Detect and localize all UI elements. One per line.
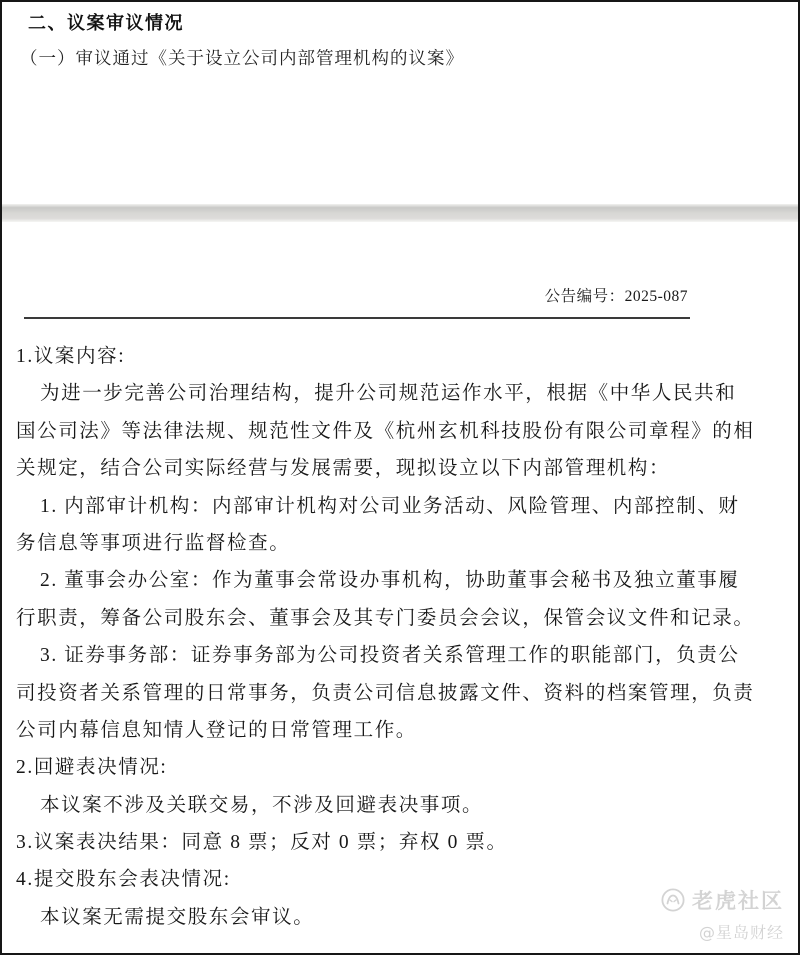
body-heading: 4.提交股东会表决情况: [16, 861, 754, 898]
page-2: 公告编号：2025-087 1.议案内容:为进一步完善公司治理结构，提升公司规范… [2, 287, 798, 936]
body-line: 本议案不涉及关联交易，不涉及回避表决事项。 [16, 787, 754, 824]
body-line: 2. 董事会办公室：作为董事会常设办事机构，协助董事会秘书及独立董事履 [16, 562, 754, 599]
header-rule [24, 317, 690, 319]
body-heading: 3.议案表决结果：同意 8 票；反对 0 票；弃权 0 票。 [16, 824, 754, 861]
page-separator [2, 204, 798, 222]
watermark: 老虎社区 @星岛财经 [661, 885, 784, 943]
body-line: 本议案无需提交股东会审议。 [16, 899, 754, 936]
body-line: 国公司法》等法律法规、规范性文件及《杭州玄机科技股份有限公司章程》的相 [16, 413, 754, 450]
announcement-number: 公告编号：2025-087 [2, 287, 798, 307]
body-line: 关规定，结合公司实际经营与发展需要，现拟设立以下内部管理机构： [16, 450, 754, 487]
subsection-title: （一）审议通过《关于设立公司内部管理机构的议案》 [20, 47, 772, 70]
section-title: 二、议案审议情况 [28, 13, 772, 34]
body-line: 行职责，筹备公司股东会、董事会及其专门委员会会议，保管会议文件和记录。 [16, 600, 754, 637]
body-line: 务信息等事项进行监督检查。 [16, 525, 754, 562]
body-heading: 2.回避表决情况: [16, 749, 754, 786]
body-line: 司投资者关系管理的日常事务，负责公司信息披露文件、资料的档案管理，负责 [16, 675, 754, 712]
watermark-account: @星岛财经 [661, 920, 784, 943]
body-heading: 1.议案内容: [16, 338, 754, 375]
body-line: 3. 证券事务部：证券事务部为公司投资者关系管理工作的职能部门，负责公 [16, 637, 754, 674]
body-line: 公司内幕信息知情人登记的日常管理工作。 [16, 712, 754, 749]
body-line: 1. 内部审计机构：内部审计机构对公司业务活动、风险管理、内部控制、财 [16, 488, 754, 525]
tiger-logo-icon [661, 888, 685, 912]
watermark-brand-row: 老虎社区 [661, 885, 784, 915]
document-body: 1.议案内容:为进一步完善公司治理结构，提升公司规范运作水平，根据《中华人民共和… [16, 338, 754, 936]
document-frame: 二、议案审议情况 （一）审议通过《关于设立公司内部管理机构的议案》 公告编号：2… [0, 0, 800, 955]
page-1-fragment: 二、议案审议情况 （一）审议通过《关于设立公司内部管理机构的议案》 [2, 2, 798, 204]
watermark-community-name: 老虎社区 [692, 885, 784, 915]
body-line: 为进一步完善公司治理结构，提升公司规范运作水平，根据《中华人民共和 [16, 375, 754, 412]
